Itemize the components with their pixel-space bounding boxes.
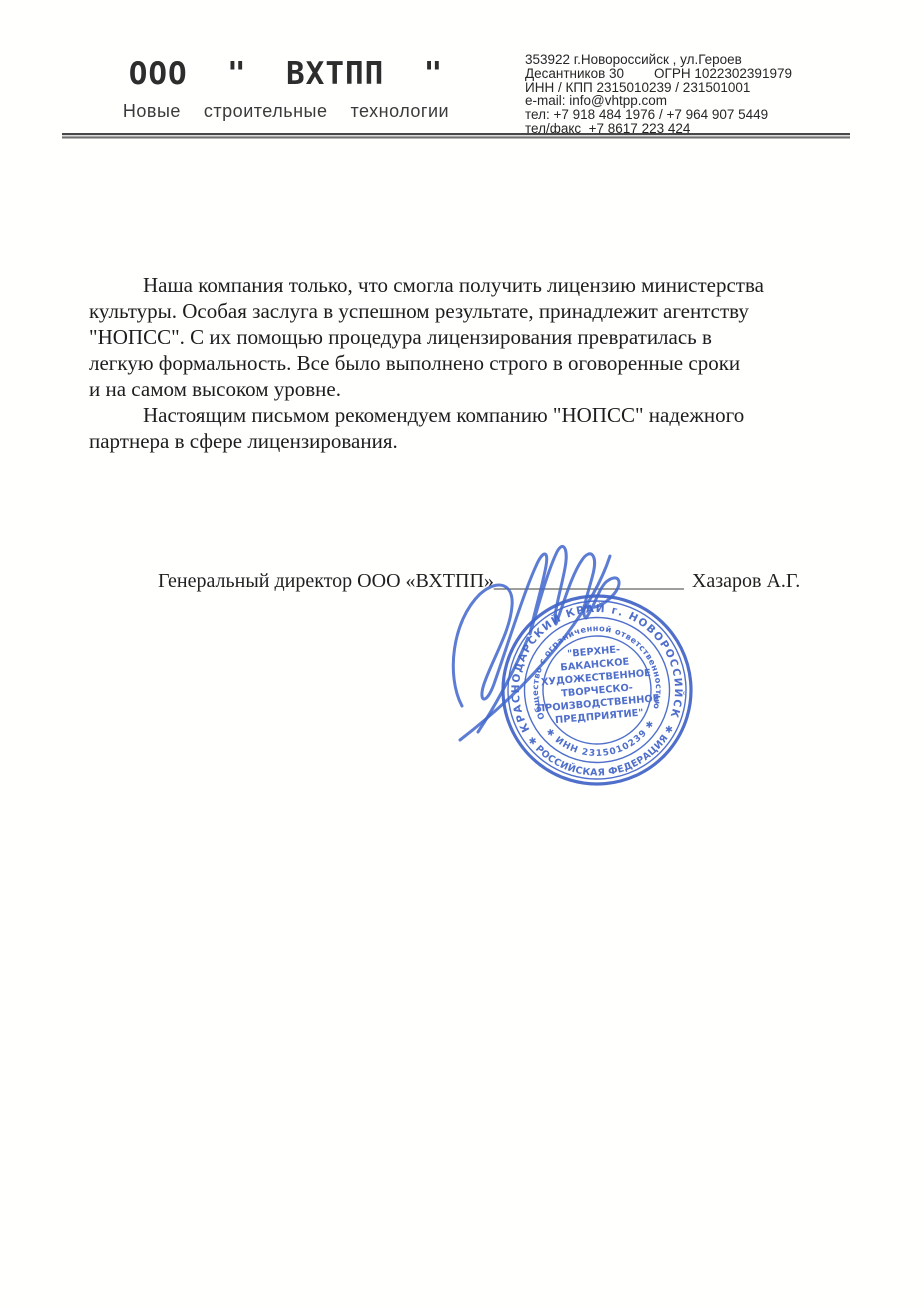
header-divider [62,133,850,139]
letter-body: Наша компания только, что смогла получит… [89,272,889,454]
stamp-center-line-3: ХУДОЖЕСТВЕННОЕ [541,668,652,689]
stamp-inner-bottom-text: ✱ ИНН 2315010239 ✱ [543,718,660,764]
stamp-outer-ring-inner [501,594,694,787]
contact-block: 353922 г.Новороссийск , ул.Героев Десант… [525,53,792,136]
stamp-inner-top-text: Общество с ограниченной ответственностью [524,617,666,721]
contact-line-address1: 353922 г.Новороссийск , ул.Героев [525,53,792,67]
company-name: ООО " ВХТПП " [118,56,454,92]
stamp-middle-ring [518,611,675,768]
stamp-inner-ring [538,631,655,748]
body-paragraph-2: Настоящим письмом рекомендуем компанию "… [89,402,889,454]
signatory-name: Хазаров А.Г. [692,570,800,593]
stamp-outer-top-text: КРАСНОДАРСКИЙ КРАЙ г. НОВОРОССИЙСК [503,595,688,735]
contact-line-address2-ogrn: Десантников 30 ОГРН 1022302391979 [525,67,792,81]
contact-line-email: e-mail: info@vhtpp.com [525,94,792,108]
signature-stroke-cross [478,638,528,732]
company-stamp: КРАСНОДАРСКИЙ КРАЙ г. НОВОРОССИЙСК ✱ РОС… [489,582,706,799]
stamp-outer-bottom-text: ✱ РОССИЙСКАЯ ФЕДЕРАЦИЯ ✱ [525,723,681,785]
signature-row: Генеральный директор ООО «ВХТПП» _______… [158,570,818,593]
stamp-center-line-6: ПРЕДПРИЯТИЕ" [555,708,644,727]
stamp-outer-ring [495,588,699,792]
contact-line-inn-kpp: ИНН / КПП 2315010239 / 231501001 [525,81,792,95]
handwritten-signature [432,526,682,756]
letterhead: ООО " ВХТПП " Новые строительные техноло… [118,56,454,122]
company-tagline: Новые строительные технологии [118,101,454,122]
stamp-center-line-2: БАКАНСКОЕ [560,657,630,674]
signature-blank-line: ___________________ [494,570,684,593]
stamp-center-line-1: "ВЕРХНЕ- [567,644,621,660]
signature-role: Генеральный директор ООО «ВХТПП» [158,570,494,593]
body-paragraph-1: Наша компания только, что смогла получит… [89,272,889,402]
contact-line-phones: тел: +7 918 484 1976 / +7 964 907 5449 [525,108,792,122]
stamp-center-line-4: ТВОРЧЕСКО- [561,682,634,699]
letter-page: ООО " ВХТПП " Новые строительные техноло… [0,0,924,1307]
stamp-center-line-5: ПРОИЗВОДСТВЕННОЕ [537,693,660,715]
